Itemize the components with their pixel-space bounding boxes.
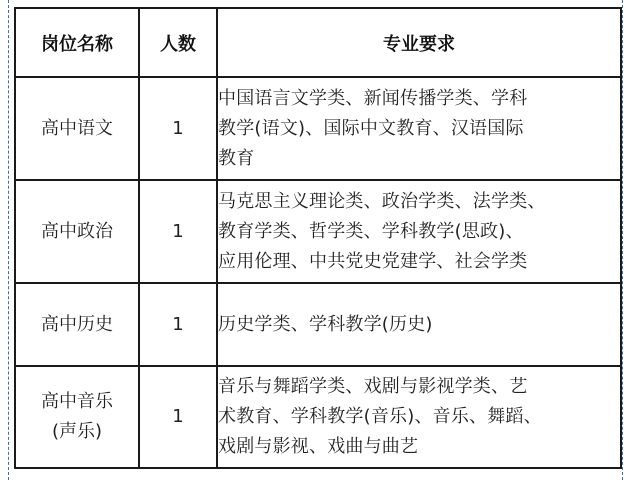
requirements-cell: 历史学类、学科教学(历史) [217,283,621,366]
position-cell: 高中音乐 (声乐) [15,366,139,468]
header-count: 人数 [139,8,217,77]
job-requirements-table: 岗位名称 人数 专业要求 高中语文 1 中国语言文学类、新闻传播学类、学科 教学… [14,7,622,469]
requirement-line: 马克思主义理论类、政治学类、法学类、 [218,187,620,217]
table-row: 高中历史 1 历史学类、学科教学(历史) [15,283,621,366]
requirement-line: 应用伦理、中共党史党建学、社会学类 [218,247,620,277]
table-row: 高中音乐 (声乐) 1 音乐与舞蹈学类、戏剧与影视学类、艺 术教育、学科教学(音… [15,366,621,468]
requirement-line: 术教育、学科教学(音乐)、音乐、舞蹈、 [218,402,620,432]
header-requirements: 专业要求 [217,8,621,77]
requirement-line: 戏剧与影视、戏曲与曲艺 [218,432,620,462]
count-cell: 1 [139,180,217,283]
requirement-line: 教育学类、哲学类、学科教学(思政)、 [218,217,620,247]
requirement-line: 中国语言文学类、新闻传播学类、学科 [218,84,620,114]
position-name: 高中历史 [16,310,138,340]
header-position: 岗位名称 [15,8,139,77]
table-row: 高中语文 1 中国语言文学类、新闻传播学类、学科 教学(语文)、国际中文教育、汉… [15,77,621,180]
position-cell: 高中历史 [15,283,139,366]
header-row: 岗位名称 人数 专业要求 [15,8,621,77]
right-margin-guide [622,0,623,480]
requirements-cell: 马克思主义理论类、政治学类、法学类、 教育学类、哲学类、学科教学(思政)、 应用… [217,180,621,283]
left-margin-guide [8,0,9,480]
count-cell: 1 [139,366,217,468]
position-name: 高中政治 [16,217,138,247]
position-name: 高中语文 [16,114,138,144]
requirement-line: 教学(语文)、国际中文教育、汉语国际 [218,114,620,144]
count-cell: 1 [139,77,217,180]
position-name: 高中音乐 [16,387,138,417]
position-subtitle: (声乐) [16,417,138,447]
requirements-cell: 中国语言文学类、新闻传播学类、学科 教学(语文)、国际中文教育、汉语国际 教育 [217,77,621,180]
count-cell: 1 [139,283,217,366]
table-row: 高中政治 1 马克思主义理论类、政治学类、法学类、 教育学类、哲学类、学科教学(… [15,180,621,283]
requirement-line: 历史学类、学科教学(历史) [218,310,620,340]
position-cell: 高中政治 [15,180,139,283]
position-cell: 高中语文 [15,77,139,180]
requirement-line: 音乐与舞蹈学类、戏剧与影视学类、艺 [218,372,620,402]
requirement-line: 教育 [218,144,620,174]
requirements-cell: 音乐与舞蹈学类、戏剧与影视学类、艺 术教育、学科教学(音乐)、音乐、舞蹈、 戏剧… [217,366,621,468]
